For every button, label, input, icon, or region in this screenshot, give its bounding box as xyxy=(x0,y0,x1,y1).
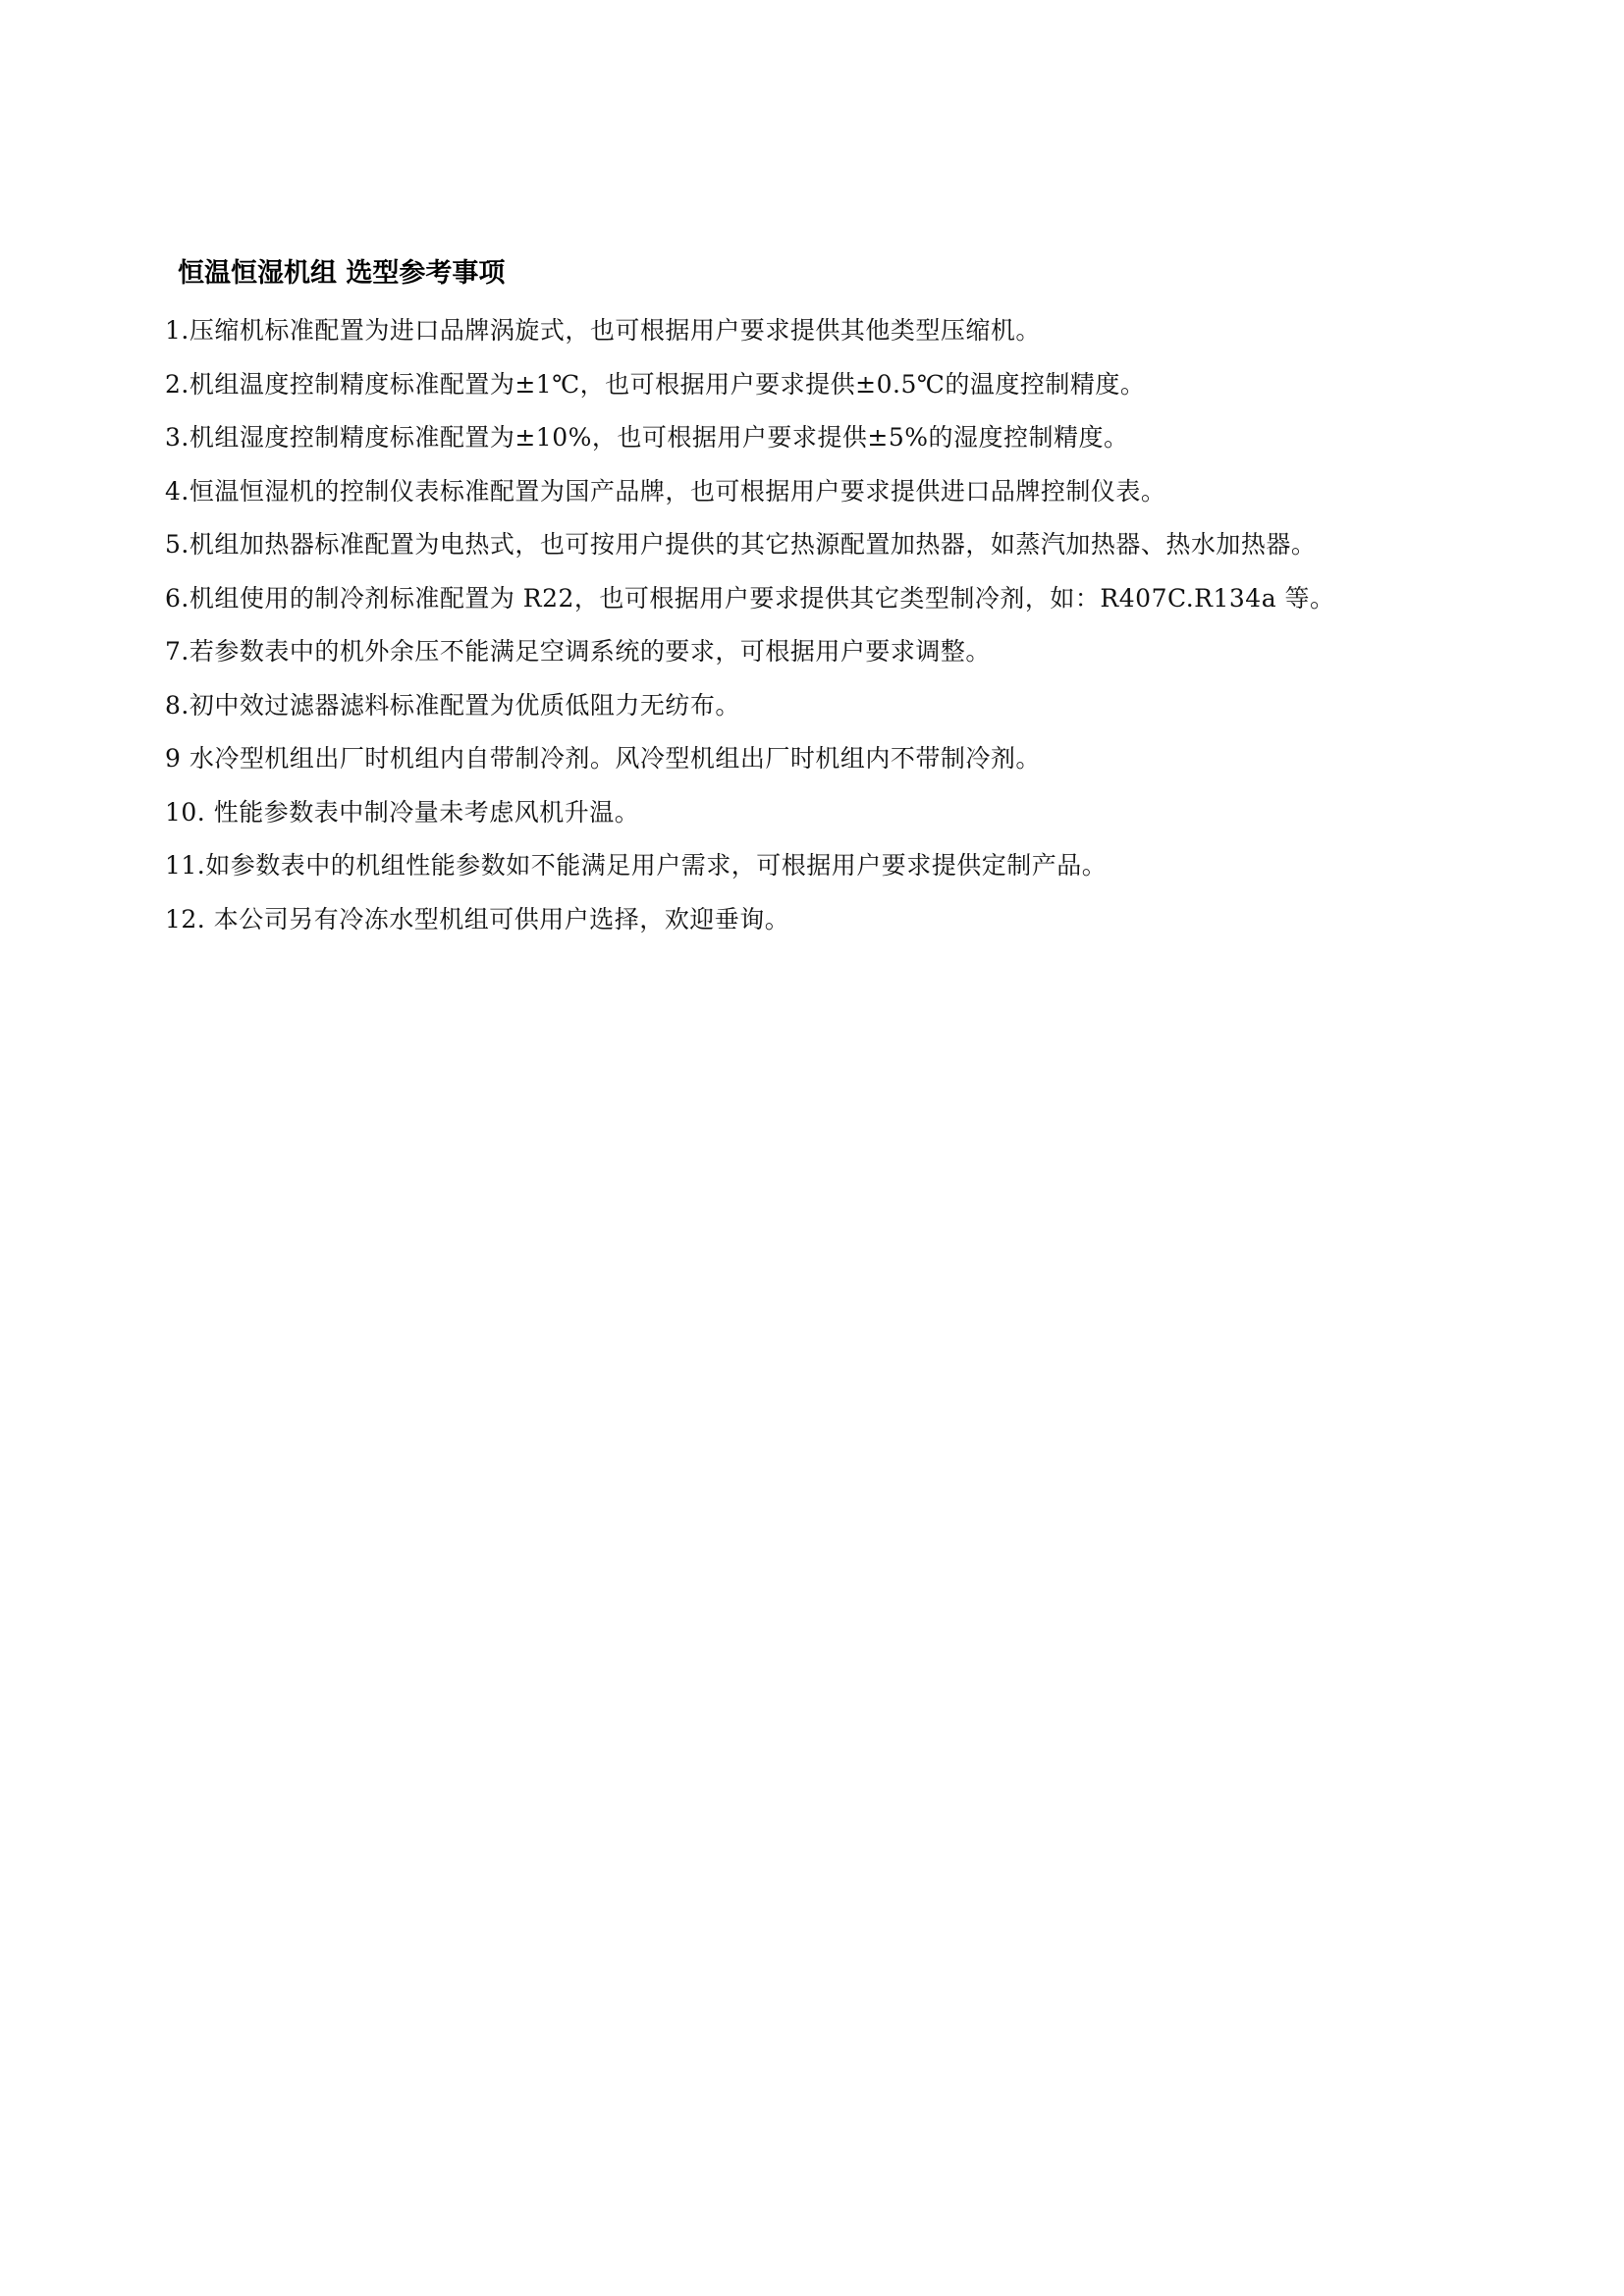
note-item-7: 7.若参数表中的机外余压不能满足空调系统的要求，可根据用户要求调整。 xyxy=(165,625,1335,679)
note-item-9: 9 水冷型机组出厂时机组内自带制冷剂。风冷型机组出厂时机组内不带制冷剂。 xyxy=(165,732,1335,786)
note-item-1: 1.压缩机标准配置为进口品牌涡旋式，也可根据用户要求提供其他类型压缩机。 xyxy=(165,304,1335,358)
note-item-3: 3.机组湿度控制精度标准配置为±10%，也可根据用户要求提供±5%的湿度控制精度… xyxy=(165,411,1335,465)
note-item-11: 11.如参数表中的机组性能参数如不能满足用户需求，可根据用户要求提供定制产品。 xyxy=(165,839,1335,893)
note-item-5: 5.机组加热器标准配置为电热式，也可按用户提供的其它热源配置加热器，如蒸汽加热器… xyxy=(165,518,1335,572)
note-item-2: 2.机组温度控制精度标准配置为±1℃，也可根据用户要求提供±0.5℃的温度控制精… xyxy=(165,358,1335,412)
note-item-4: 4.恒温恒湿机的控制仪表标准配置为国产品牌，也可根据用户要求提供进口品牌控制仪表… xyxy=(165,465,1335,519)
selection-notes-list: 1.压缩机标准配置为进口品牌涡旋式，也可根据用户要求提供其他类型压缩机。 2.机… xyxy=(165,304,1335,946)
note-item-12: 12. 本公司另有冷冻水型机组可供用户选择，欢迎垂询。 xyxy=(165,893,1335,947)
note-item-8: 8.初中效过滤器滤料标准配置为优质低阻力无纺布。 xyxy=(165,679,1335,733)
note-item-6: 6.机组使用的制冷剂标准配置为 R22，也可根据用户要求提供其它类型制冷剂，如：… xyxy=(165,572,1335,626)
note-item-10: 10. 性能参数表中制冷量未考虑风机升温。 xyxy=(165,786,1335,840)
document-title: 恒温恒湿机组 选型参考事项 xyxy=(178,254,505,294)
document-page: 恒温恒湿机组 选型参考事项 1.压缩机标准配置为进口品牌涡旋式，也可根据用户要求… xyxy=(0,0,1624,2296)
